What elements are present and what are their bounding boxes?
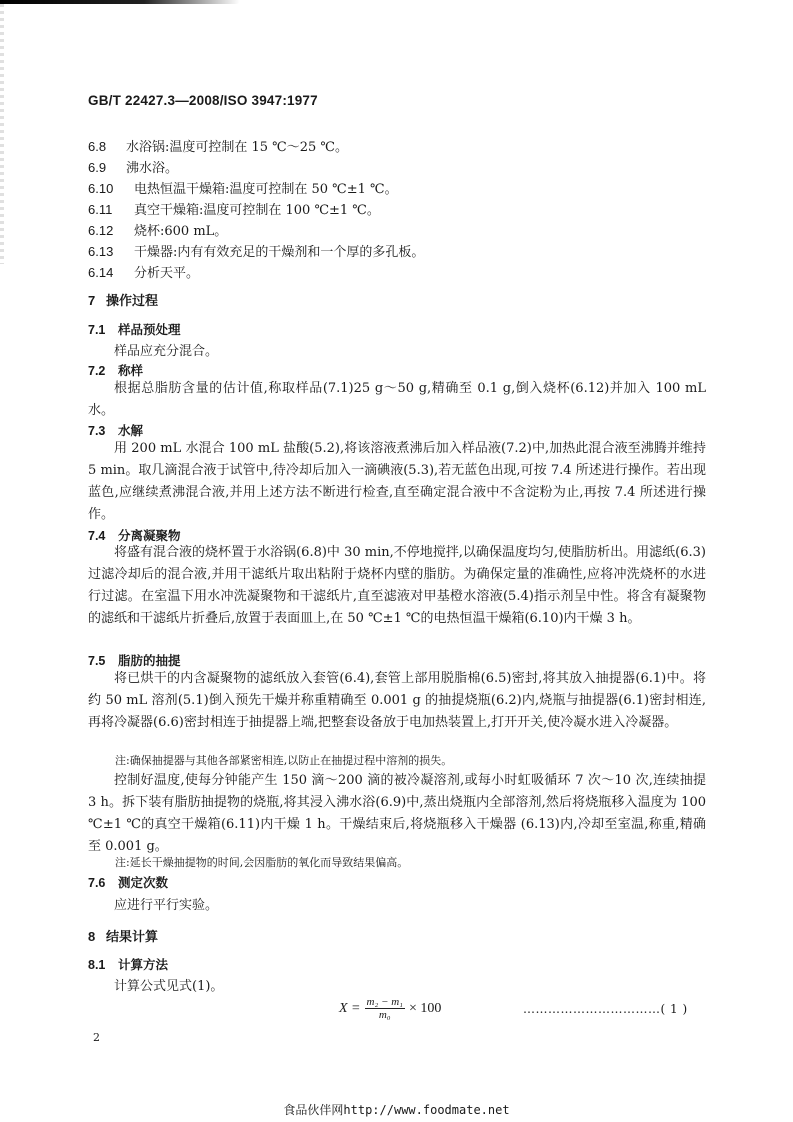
- note-7-5-a: 注:确保抽提器与其他各部紧密相连,以防止在抽提过程中溶剂的损失。: [115, 752, 452, 768]
- scan-edge-left: [0, 4, 4, 264]
- list-item: 6.10电热恒温干燥箱:温度可控制在 50 ℃±1 ℃。: [88, 178, 398, 197]
- paragraph-7-2: 根据总脂肪含量的估计值,称取样品(7.1)25 g～50 g,精确至 0.1 g…: [88, 378, 706, 422]
- item-number: 6.13: [88, 244, 134, 259]
- list-item: 6.12烧杯:600 mL。: [88, 220, 227, 239]
- item-text: 沸水浴。: [126, 161, 178, 176]
- item-number: 6.9: [88, 160, 126, 175]
- item-number: 6.12: [88, 223, 134, 238]
- paragraph-7-4: 将盛有混合液的烧杯置于水浴锅(6.8)中 30 min,不停地搅拌,以确保温度均…: [88, 542, 706, 630]
- item-text: 真空干燥箱:温度可控制在 100 ℃±1 ℃。: [134, 203, 380, 218]
- subsection-heading-8-1: 8.1计算方法: [88, 955, 168, 973]
- list-item: 6.11真空干燥箱:温度可控制在 100 ℃±1 ℃。: [88, 199, 380, 218]
- formula-denominator: m₀: [379, 1009, 391, 1021]
- subsection-heading-7-2: 7.2称样: [88, 361, 143, 379]
- section-heading-8: 8结果计算: [88, 926, 158, 945]
- formula-fraction: m₂ − m₁ m₀: [365, 996, 405, 1021]
- paragraph-7-6: 应进行平行实验。: [114, 894, 218, 913]
- list-item: 6.8水浴锅:温度可控制在 15 ℃～25 ℃。: [88, 136, 348, 155]
- equation-number: ……………………………( 1 ): [523, 1002, 688, 1016]
- section-heading-7: 7操作过程: [88, 290, 158, 309]
- item-number: 6.8: [88, 139, 126, 154]
- formula-numerator: m₂ − m₁: [365, 996, 405, 1009]
- subsection-heading-7-5: 7.5脂肪的抽提: [88, 651, 181, 669]
- formula-tail: × 100: [409, 1001, 441, 1017]
- list-item: 6.13干燥器:内有有效充足的干燥剂和一个厚的多孔板。: [88, 241, 424, 260]
- item-number: 6.11: [88, 202, 134, 217]
- subsection-heading-7-6: 7.6测定次数: [88, 873, 168, 891]
- page-number: 2: [93, 1031, 100, 1044]
- item-text: 分析天平。: [134, 266, 199, 281]
- item-text: 水浴锅:温度可控制在 15 ℃～25 ℃。: [126, 140, 348, 155]
- footer-watermark: 食品伙伴网http://www.foodmate.net: [0, 1101, 793, 1118]
- paragraph-7-1: 样品应充分混合。: [114, 340, 218, 359]
- formula-1: X = m₂ − m₁ m₀ × 100: [339, 996, 441, 1021]
- paragraph-7-3: 用 200 mL 水混合 100 mL 盐酸(5.2),将该溶液煮沸后加入样品液…: [88, 438, 706, 526]
- note-7-5-b: 注:延长干燥抽提物的时间,会因脂肪的氧化而导致结果偏高。: [115, 854, 408, 870]
- subsection-heading-7-3: 7.3水解: [88, 421, 143, 439]
- item-text: 烧杯:600 mL。: [134, 224, 227, 239]
- item-text: 干燥器:内有有效充足的干燥剂和一个厚的多孔板。: [134, 245, 424, 260]
- item-text: 电热恒温干燥箱:温度可控制在 50 ℃±1 ℃。: [134, 182, 398, 197]
- item-number: 6.14: [88, 265, 134, 280]
- paragraph-8-1: 计算公式见式(1)。: [114, 975, 223, 994]
- subsection-heading-7-1: 7.1样品预处理: [88, 320, 181, 338]
- paragraph-7-5-a: 将已烘干的内含凝聚物的滤纸放入套管(6.4),套管上部用脱脂棉(6.5)密封,将…: [88, 668, 706, 734]
- standard-code-header: GB/T 22427.3—2008/ISO 3947:1977: [88, 93, 318, 108]
- scan-edge-top: [0, 0, 240, 4]
- item-number: 6.10: [88, 181, 134, 196]
- paragraph-7-5-b: 控制好温度,使每分钟能产生 150 滴～200 滴的被冷凝溶剂,或每小时虹吸循环…: [88, 770, 706, 858]
- list-item: 6.14分析天平。: [88, 262, 199, 281]
- formula-lhs: X =: [339, 1001, 361, 1017]
- list-item: 6.9沸水浴。: [88, 157, 178, 176]
